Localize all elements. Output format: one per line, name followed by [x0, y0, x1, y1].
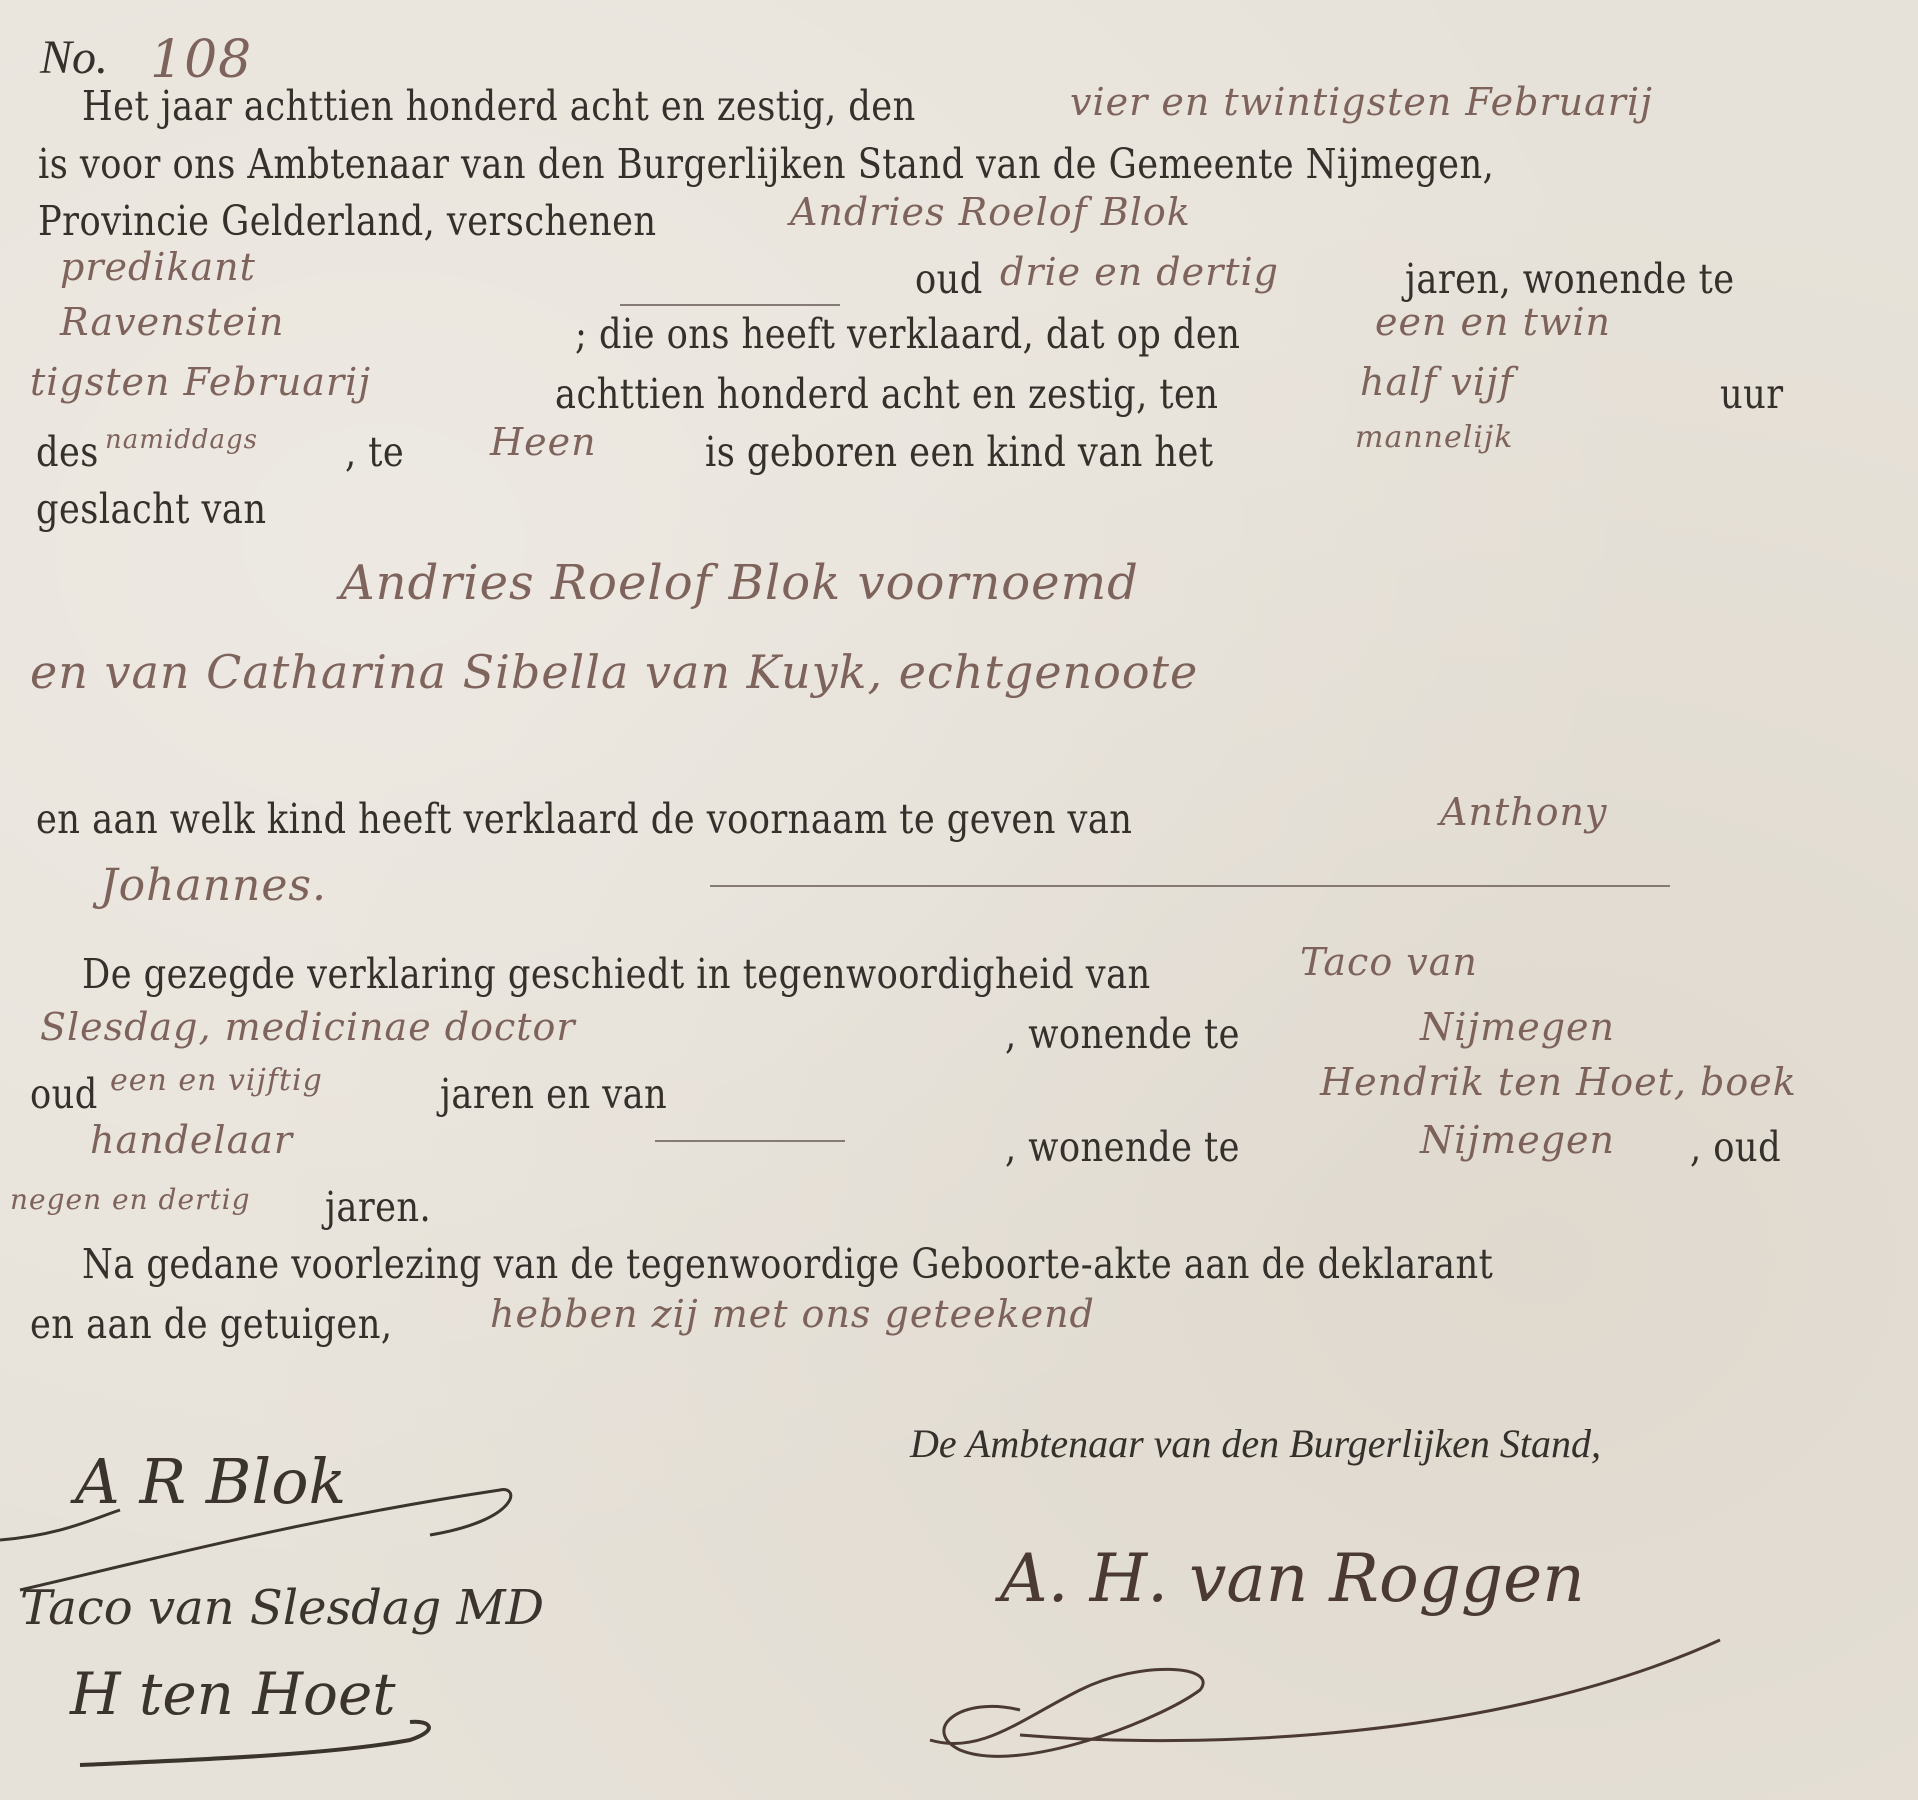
handwritten-declarant-profession: predikant	[60, 245, 256, 289]
signature-flourish	[0, 1480, 520, 1590]
handwritten-birth-place: Heen	[490, 420, 597, 464]
printed-oud: oud	[915, 255, 983, 303]
handwritten-birth-day-part2: tigsten Februarij	[30, 360, 371, 404]
handwritten-declarant-residence: Ravenstein	[60, 300, 284, 344]
handwritten-witness2-age: negen en dertig	[10, 1183, 251, 1216]
printed-jaren-en-van: jaren en van	[440, 1070, 667, 1118]
printed-wonende-te-2: , wonende te	[1005, 1123, 1240, 1171]
printed-oud-3: , oud	[1690, 1123, 1781, 1171]
printed-wonende-te-1: , wonende te	[1005, 1010, 1240, 1058]
handwritten-birth-day-part1: een en twin	[1375, 300, 1611, 344]
printed-te: , te	[345, 428, 404, 476]
printed-uur: uur	[1720, 370, 1784, 418]
handwritten-child-sex: mannelijk	[1355, 420, 1513, 455]
official-caption: De Ambtenaar van den Burgerlijken Stand,	[910, 1420, 1601, 1467]
act-number-label: No.	[40, 30, 108, 85]
printed-geslacht-van: geslacht van	[36, 485, 266, 533]
handwritten-witness2-name: Hendrik ten Hoet, boek	[1320, 1060, 1797, 1104]
signature-flourish	[900, 1640, 1720, 1770]
handwritten-witness1-residence: Nijmegen	[1420, 1005, 1615, 1049]
printed-oud-2: oud	[30, 1070, 98, 1118]
printed-jaren: jaren.	[325, 1183, 431, 1231]
signature-witness-1: Taco van Slesdag MD	[20, 1580, 544, 1636]
fill-line	[710, 885, 1670, 887]
printed-voornaam-line: en aan welk kind heeft verklaard de voor…	[36, 795, 1132, 843]
handwritten-witness1-name-part2: Slesdag, medicinae doctor	[40, 1005, 576, 1049]
fill-line	[620, 304, 840, 306]
handwritten-witness1-name-part1: Taco van	[1300, 940, 1478, 984]
handwritten-act-date: vier en twintigsten Februarij	[1070, 80, 1653, 124]
printed-jaren-wonende: jaren, wonende te	[1405, 255, 1735, 303]
handwritten-witness1-age: een en vijftig	[110, 1063, 323, 1098]
printed-is-geboren: is geboren een kind van het	[705, 428, 1213, 476]
handwritten-mother: en van Catharina Sibella van Kuyk, echtg…	[30, 645, 1198, 699]
printed-witness-intro: De gezegde verklaring geschiedt in tegen…	[82, 950, 1151, 998]
handwritten-declarant-name: Andries Roelof Blok	[790, 190, 1191, 234]
handwritten-namiddags: namiddags	[105, 425, 258, 455]
printed-closing-line-1: Na gedane voorlezing van de tegenwoordig…	[82, 1240, 1493, 1288]
printed-line-5: ; die ons heeft verklaard, dat op den	[575, 310, 1240, 358]
handwritten-father: Andries Roelof Blok voornoemd	[340, 555, 1139, 611]
handwritten-child-name-2: Johannes.	[100, 860, 327, 911]
printed-line-1: Het jaar achttien honderd acht en zestig…	[82, 82, 916, 130]
printed-line-2: is voor ons Ambtenaar van den Burgerlijk…	[38, 140, 1494, 188]
act-number: 108	[150, 30, 252, 90]
printed-des: des	[36, 428, 99, 476]
signature-official: A. H. van Roggen	[1000, 1540, 1585, 1617]
signature-flourish	[70, 1720, 450, 1780]
printed-line-6: achttien honderd acht en zestig, ten	[555, 370, 1218, 418]
handwritten-signed-note: hebben zij met ons geteekend	[490, 1292, 1095, 1336]
handwritten-child-name-1: Anthony	[1440, 790, 1607, 834]
signature-witness-2: H ten Hoet	[70, 1660, 396, 1728]
handwritten-witness2-residence: Nijmegen	[1420, 1118, 1615, 1162]
printed-line-3: Provincie Gelderland, verschenen	[38, 197, 657, 245]
handwritten-witness2-profession: handelaar	[90, 1118, 293, 1162]
fill-line	[655, 1140, 845, 1142]
handwritten-birth-time: half vijf	[1360, 360, 1514, 404]
printed-closing-line-2: en aan de getuigen,	[30, 1300, 393, 1348]
handwritten-declarant-age: drie en dertig	[1000, 250, 1279, 294]
